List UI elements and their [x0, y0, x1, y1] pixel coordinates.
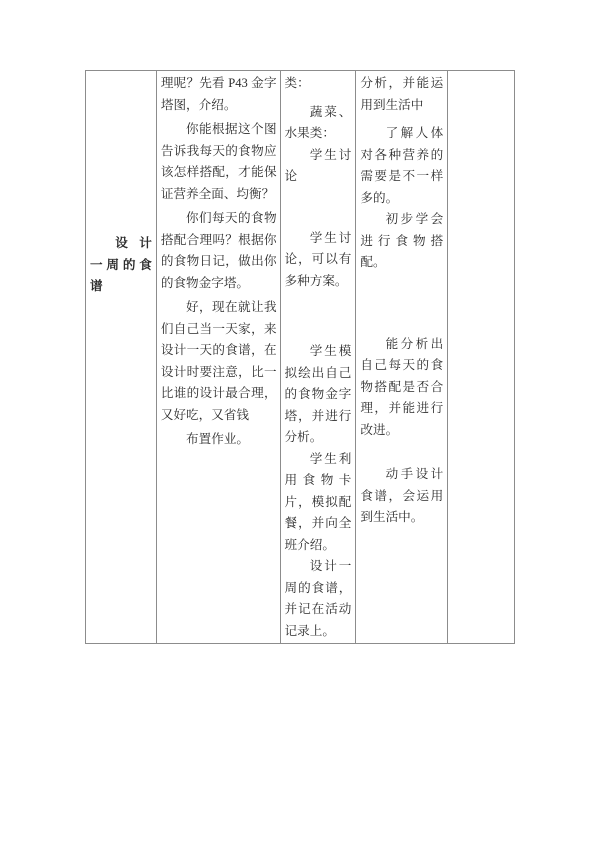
- cell-student-activity: 类： 蔬菜、水果类： 学生讨论 学生讨论，可以有多种方案。 学生模拟绘出自己的食…: [281, 71, 357, 643]
- cell-activity-title: 设计一周的食谱: [86, 71, 157, 643]
- paragraph: 学生讨论，可以有多种方案。: [285, 228, 352, 293]
- paragraph-gap: [285, 292, 352, 341]
- lesson-plan-table: 设计一周的食谱 理呢？先看 P43 金字塔图，介绍。 你能根据这个图告诉我每天的…: [85, 70, 515, 644]
- paragraph: 分析，并能运用到生活中: [360, 73, 443, 116]
- paragraph: 布置作业。: [161, 429, 277, 451]
- activity-title: 设计一周的食谱: [90, 233, 152, 298]
- paragraph-gap: [285, 188, 352, 228]
- paragraph: 类：: [285, 73, 352, 95]
- paragraph-gap: [360, 274, 443, 334]
- paragraph-gap: [360, 441, 443, 464]
- cell-teacher-activity: 理呢？先看 P43 金字塔图，介绍。 你能根据这个图告诉我每天的食物应该怎样搭配…: [157, 71, 281, 643]
- paragraph: 初步学会进行食物搭配。: [360, 209, 443, 274]
- paragraph: 学生利用食物卡片，模拟配餐，并向全班介绍。: [285, 449, 352, 557]
- paragraph: 你能根据这个图告诉我每天的食物应该怎样搭配，才能保证营养全面、均衡？: [161, 119, 277, 205]
- paragraph: 了解人体对各种营养的需要是不一样多的。: [360, 123, 443, 209]
- paragraph: 设计一周的食谱，并记在活动记录上。: [285, 556, 352, 642]
- paragraph: 好，现在就让我们自己当一天家，来设计一天的食谱，在设计时要注意，比一比谁的设计最…: [161, 297, 277, 426]
- paragraph: 动手设计食谱，会运用到生活中。: [360, 464, 443, 529]
- paragraph: 学生模拟绘出自己的食物金字塔，并进行分析。: [285, 341, 352, 449]
- paragraph: 能分析出自己每天的食物搭配是否合理，并能进行改进。: [360, 334, 443, 442]
- cell-learning-goals: 分析，并能运用到生活中 了解人体对各种营养的需要是不一样多的。 初步学会进行食物…: [356, 71, 448, 643]
- paragraph: 你们每天的食物搭配合理吗？根据你的食物日记，做出你的食物金字塔。: [161, 208, 277, 294]
- paragraph: 理呢？先看 P43 金字塔图，介绍。: [161, 73, 277, 116]
- cell-empty: [448, 71, 514, 643]
- paragraph: 蔬菜、水果类：: [285, 102, 352, 145]
- paragraph: 学生讨论: [285, 145, 352, 188]
- document-page: 设计一周的食谱 理呢？先看 P43 金字塔图，介绍。 你能根据这个图告诉我每天的…: [0, 0, 600, 848]
